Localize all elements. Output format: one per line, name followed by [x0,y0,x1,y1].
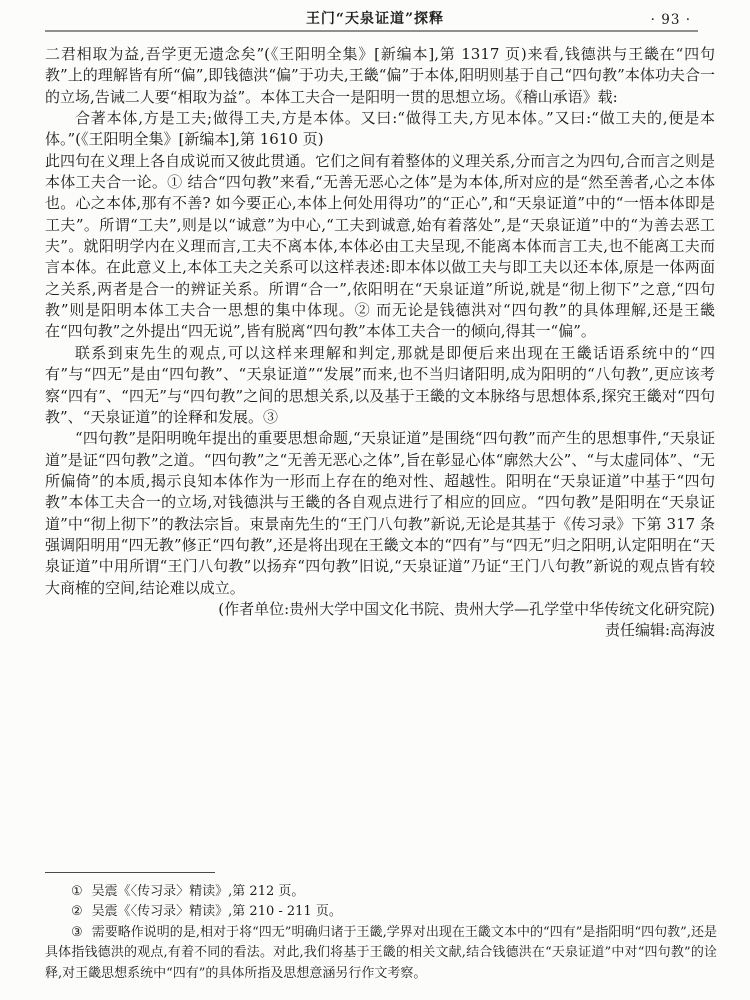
block-quote: 合著本体,方是工夫;做得工夫,方是本体。又曰:“做得工夫,方见本体。”又曰:“做… [45,108,715,151]
footnote-text: 需要略作说明的是,相对于将“四无”明确归诸于王畿,学界对出现在王畿文本中的“四有… [45,925,717,981]
editor-line: 责任编辑:高海波 [45,620,715,641]
author-affiliation: (作者单位:贵州大学中国文化书院、贵州大学—孔学堂中华传统文化研究院) [45,599,715,620]
footnote-marker: ③ [71,925,83,940]
footnote-text: 吴震《〈传习录〉精读》,第 210 - 211 页。 [92,904,342,919]
journal-page: 王门“天泉证道”探释 · 93 · 二君相取为益,吾学更无遗念矣”(《王阳明全集… [0,0,750,1000]
body-paragraph-1: 二君相取为益,吾学更无遗念矣”(《王阳明全集》[新编本],第 1317 页)来看… [45,44,715,108]
footnotes-section: ①吴震《〈传习录〉精读》,第 212 页。 ②吴震《〈传习录〉精读》,第 210… [45,872,717,984]
page-number: · 93 · [651,12,691,28]
running-title: 王门“天泉证道”探释 [306,11,444,27]
running-header: 王门“天泉证道”探释 · 93 · [45,8,705,28]
footnote-2: ②吴震《〈传习录〉精读》,第 210 - 211 页。 [45,902,717,922]
body-paragraph-3: 联系到束先生的观点,可以这样来理解和判定,那就是即便后来出现在王畿话语系统中的“… [45,343,715,428]
footnote-marker: ② [71,904,83,919]
header-rule [45,30,698,32]
summary-paragraph: “四句教”是阳明晚年提出的重要思想命题,“天泉证道”是围绕“四句教”而产生的思想… [45,428,715,599]
footnote-1: ①吴震《〈传习录〉精读》,第 212 页。 [45,882,717,902]
footnote-separator [45,872,215,873]
footnote-text: 吴震《〈传习录〉精读》,第 212 页。 [92,884,305,899]
footnote-marker: ① [71,884,83,899]
footnote-3: ③需要略作说明的是,相对于将“四无”明确归诸于王畿,学界对出现在王畿文本中的“四… [45,923,717,984]
article-body: 二君相取为益,吾学更无遗念矣”(《王阳明全集》[新编本],第 1317 页)来看… [45,44,715,642]
body-paragraph-2: 此四句在义理上各自成说而又彼此贯通。它们之间有着整体的义理关系,分而言之为四句,… [45,151,715,343]
